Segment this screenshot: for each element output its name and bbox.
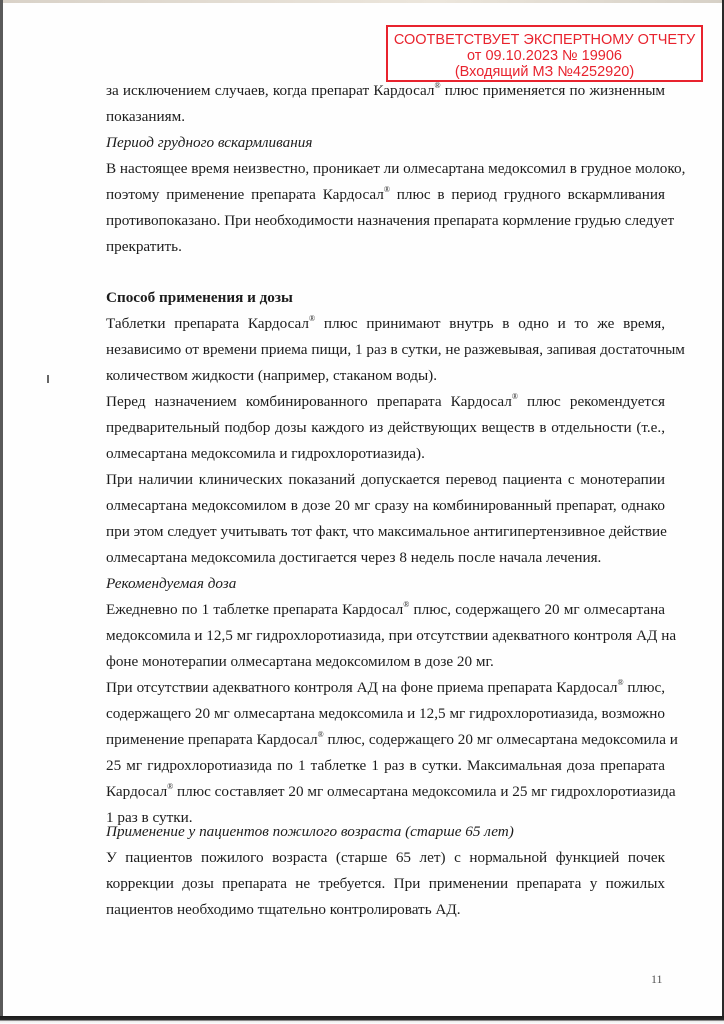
- text-line: предварительный подбор дозы каждого из д…: [106, 415, 665, 441]
- text-line: Кардосал® плюс составляет 20 мг олмесарт…: [106, 779, 665, 805]
- text-line: олмесартана медоксомилом в дозе 20 мг ср…: [106, 493, 665, 519]
- text-line: Таблетки препарата Кардосал® плюс приним…: [106, 311, 665, 337]
- document-page: СООТВЕТСТВУЕТ ЭКСПЕРТНОМУ ОТЧЕТУ от 09.1…: [0, 0, 724, 1016]
- text-line: прекратить.: [106, 234, 665, 260]
- text-line: показаниям.: [106, 104, 665, 130]
- text-line: фоне монотерапии олмесартана медоксомило…: [106, 649, 665, 675]
- recommended-dose-section: Рекомендуемая доза Ежедневно по 1 таблет…: [106, 571, 665, 831]
- dosage-section: Способ применения и дозы Таблетки препар…: [106, 285, 665, 571]
- margin-mark: [47, 375, 49, 383]
- text-line: Перед назначением комбинированного препа…: [106, 389, 665, 415]
- text-line: независимо от времени приема пищи, 1 раз…: [106, 337, 665, 363]
- text-line: Ежедневно по 1 таблетке препарата Кардос…: [106, 597, 665, 623]
- text-line: 25 мг гидрохлоротиазида по 1 таблетке 1 …: [106, 753, 665, 779]
- breastfeeding-section: Период грудного вскармливания В настояще…: [106, 130, 665, 260]
- text-line: При наличии клинических показаний допуск…: [106, 467, 665, 493]
- text-line: У пациентов пожилого возраста (старше 65…: [106, 845, 665, 871]
- scan-edge-bottom: [0, 1016, 724, 1024]
- section-subheading: Рекомендуемая доза: [106, 571, 665, 597]
- text-line: олмесартана медоксомила и гидрохлоротиаз…: [106, 441, 665, 467]
- text-line: содержащего 20 мг олмесартана медоксомил…: [106, 701, 665, 727]
- section-subheading: Период грудного вскармливания: [106, 130, 665, 156]
- stamp-line-2: от 09.10.2023 № 19906: [388, 48, 701, 64]
- elderly-section: Применение у пациентов пожилого возраста…: [106, 819, 665, 923]
- text-line: медоксомила и 12,5 мг гидрохлоротиазида,…: [106, 623, 665, 649]
- page-number: 11: [651, 972, 663, 987]
- text-line: коррекции дозы препарата не требуется. П…: [106, 871, 665, 897]
- approval-stamp: СООТВЕТСТВУЕТ ЭКСПЕРТНОМУ ОТЧЕТУ от 09.1…: [386, 25, 703, 82]
- text-line: применение препарата Кардосал® плюс, сод…: [106, 727, 665, 753]
- text-line: при этом следует учитывать тот факт, что…: [106, 519, 665, 545]
- text-line: противопоказано. При необходимости назна…: [106, 208, 665, 234]
- intro-paragraph: за исключением случаев, когда препарат К…: [106, 78, 665, 130]
- text-line: олмесартана медоксомила достигается чере…: [106, 545, 665, 571]
- text-line: поэтому применение препарата Кардосал® п…: [106, 182, 665, 208]
- text-line: При отсутствии адекватного контроля АД н…: [106, 675, 665, 701]
- stamp-line-1: СООТВЕТСТВУЕТ ЭКСПЕРТНОМУ ОТЧЕТУ: [388, 32, 701, 48]
- section-heading: Способ применения и дозы: [106, 285, 665, 311]
- text-line: В настоящее время неизвестно, проникает …: [106, 156, 665, 182]
- text-line: количеством жидкости (например, стаканом…: [106, 363, 665, 389]
- text-line: пациентов необходимо тщательно контролир…: [106, 897, 665, 923]
- section-subheading: Применение у пациентов пожилого возраста…: [106, 819, 665, 845]
- text-line: за исключением случаев, когда препарат К…: [106, 78, 665, 104]
- scan-edge-top: [3, 0, 724, 3]
